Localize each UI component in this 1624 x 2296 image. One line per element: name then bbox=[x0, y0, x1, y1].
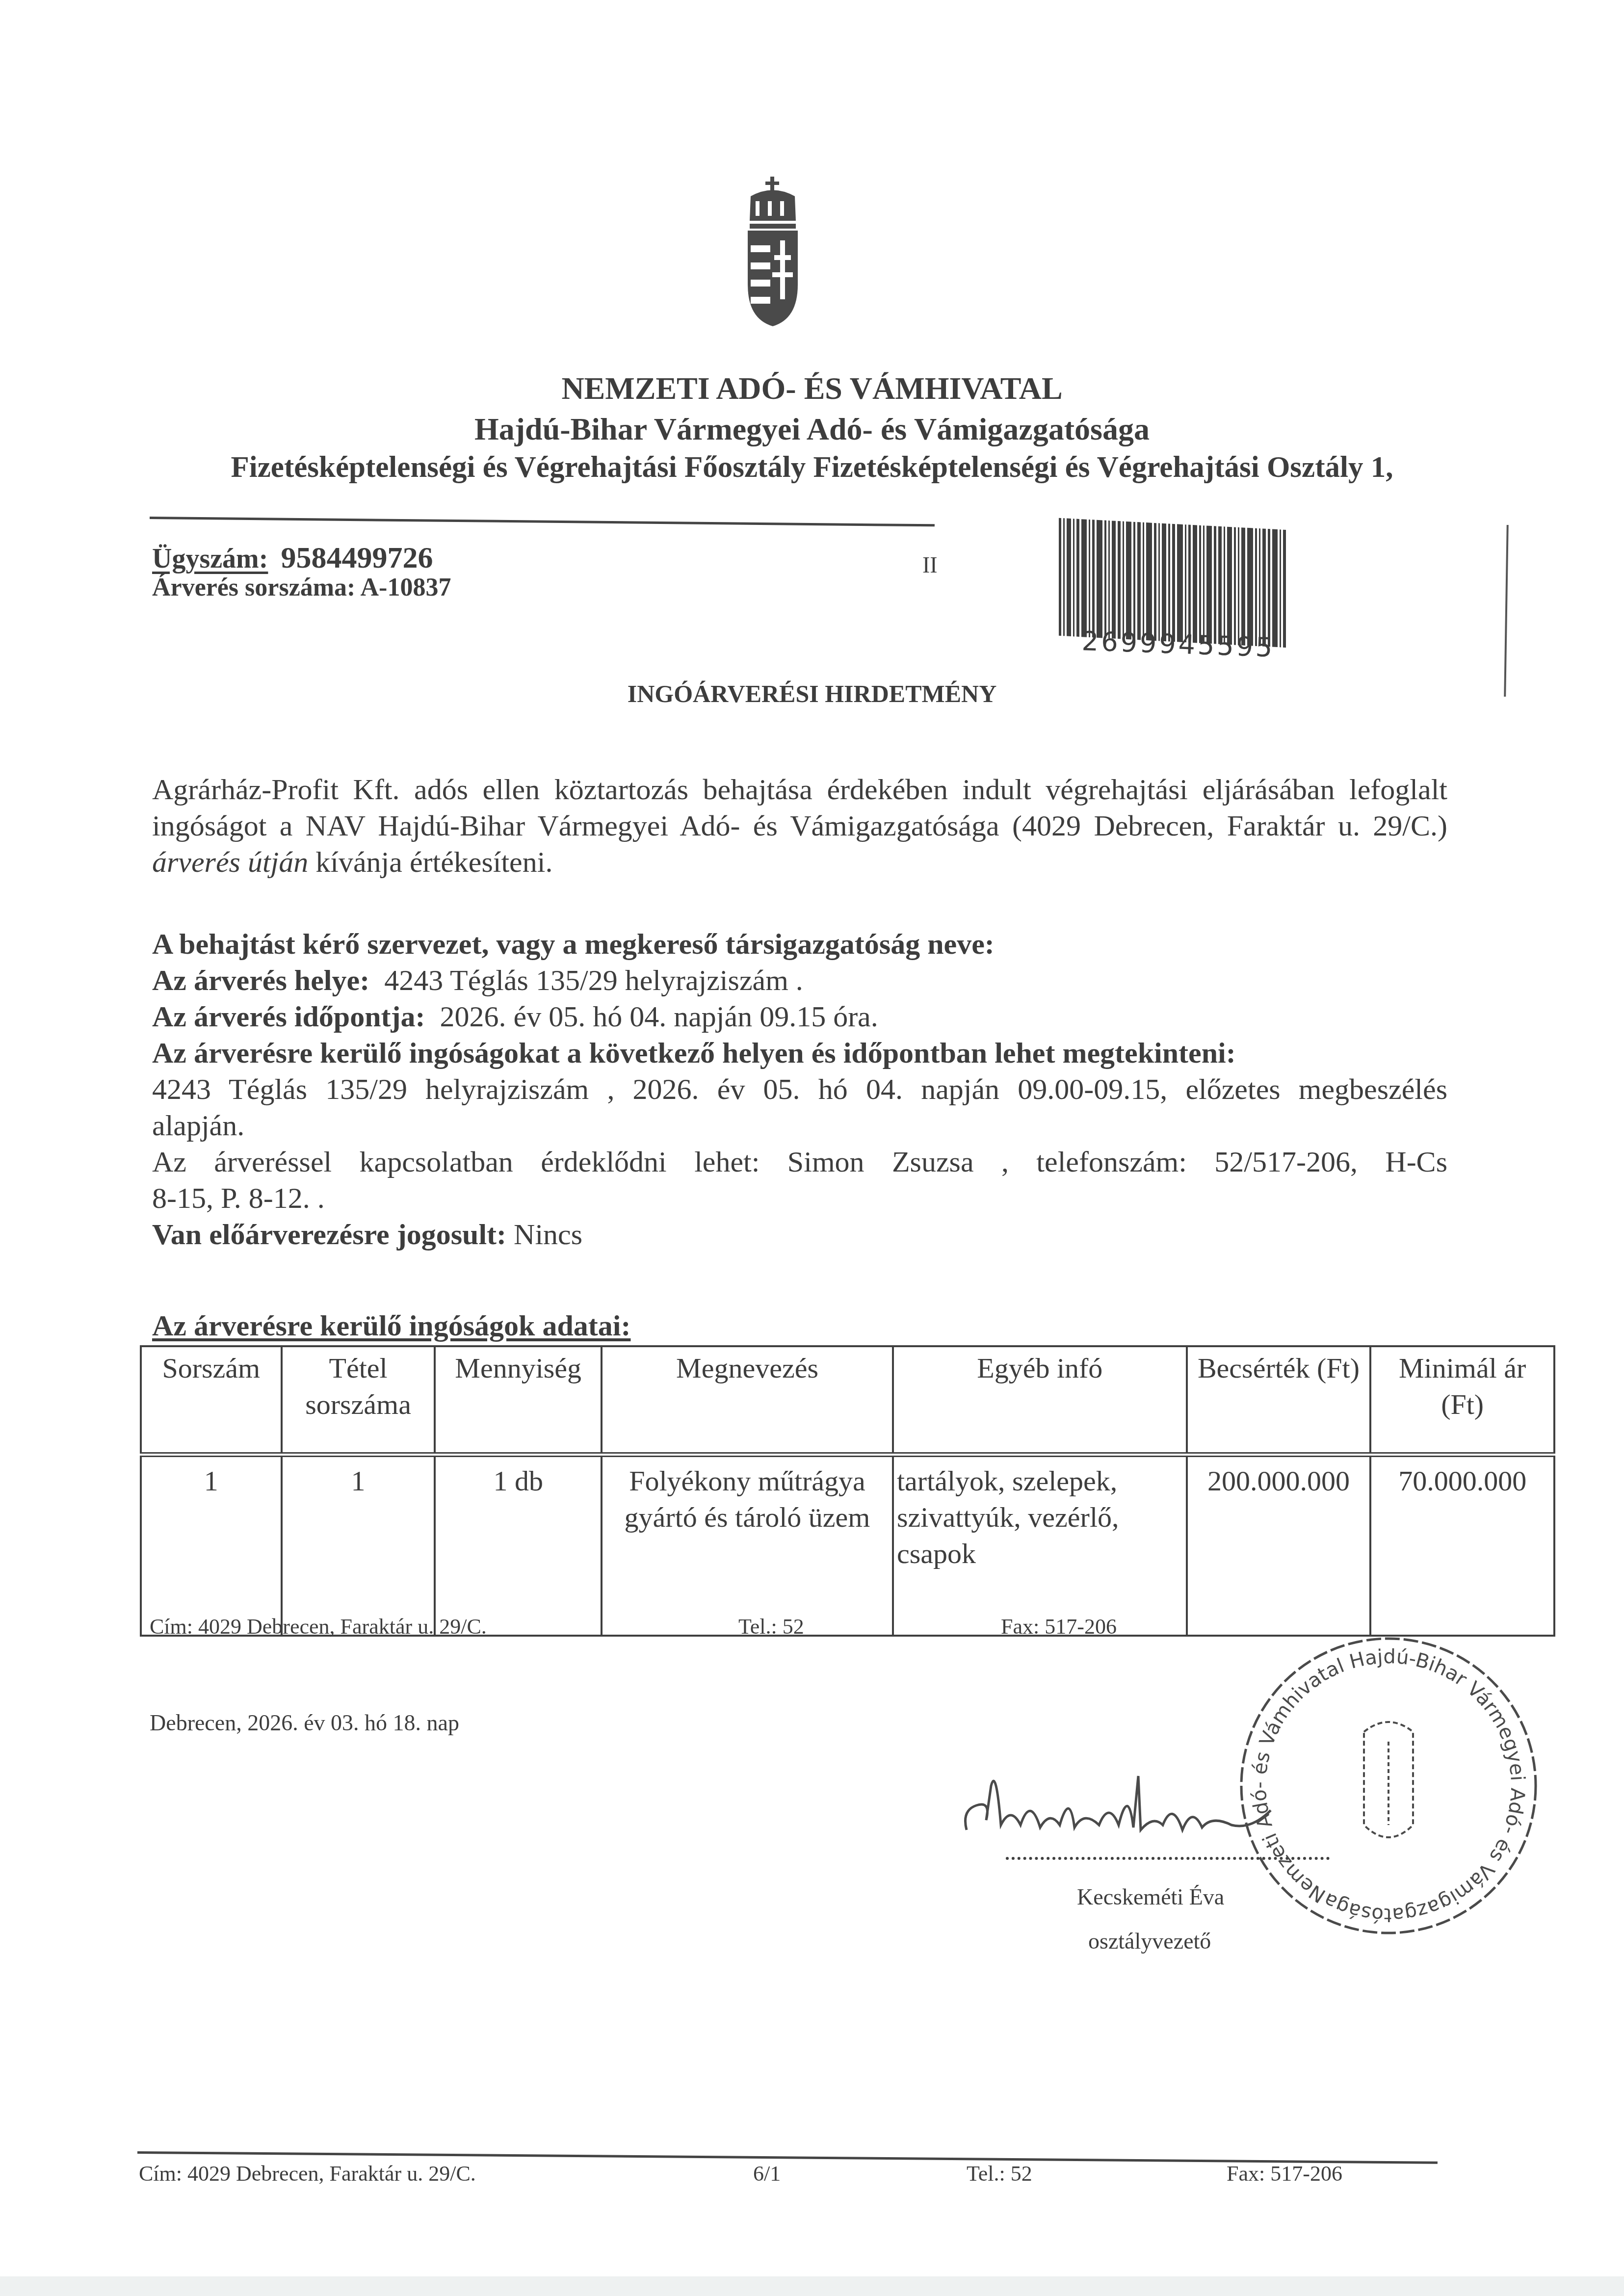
case-number-label: Ügyszám: bbox=[152, 544, 268, 574]
issue-date: Debrecen, 2026. év 03. hó 18. nap bbox=[150, 1710, 459, 1736]
viewing-line-1: 4243 Téglás 135/29 helyrajziszám , 2026.… bbox=[152, 1072, 1447, 1106]
footer-address: Cím: 4029 Debrecen, Faraktár u. 29/C. bbox=[139, 2161, 476, 2186]
auction-number-row: Árverés sorszáma: A-10837 bbox=[152, 573, 451, 602]
directorate-name: Hajdú-Bihar Vármegyei Adó- és Vámigazgat… bbox=[0, 411, 1624, 447]
preemption-row: Van előárverezésre jogosult: Nincs bbox=[152, 1218, 582, 1252]
margin-line bbox=[1504, 525, 1508, 697]
items-table-title: Az árverésre kerülő ingóságok adatai: bbox=[152, 1309, 630, 1343]
table-row: 1 1 1 db Folyékony műtrágya gyártó és tá… bbox=[141, 1455, 1554, 1636]
cell-becsertek: 200.000.000 bbox=[1187, 1455, 1371, 1636]
barcode-number: 2699945595 bbox=[1081, 626, 1276, 663]
intro-paragraph: Agrárház-Profit Kft. adós ellen köztarto… bbox=[152, 771, 1447, 880]
scan-edge bbox=[0, 2276, 1624, 2296]
intro-italic: árverés útján bbox=[152, 846, 308, 878]
items-table: Sorszám Tétel sorszáma Mennyiség Megneve… bbox=[140, 1345, 1555, 1637]
document-title: INGÓÁRVERÉSI HIRDETMÉNY bbox=[0, 679, 1624, 708]
auction-number: A-10837 bbox=[361, 574, 451, 601]
col-header-egyeb: Egyéb infó bbox=[893, 1346, 1187, 1455]
footer-fax: Fax: 517-206 bbox=[1227, 2161, 1342, 2186]
table-header-row: Sorszám Tétel sorszáma Mennyiség Megneve… bbox=[141, 1346, 1554, 1455]
signer-name: Kecskeméti Éva bbox=[1077, 1884, 1224, 1910]
contact-fax: Fax: 517-206 bbox=[1001, 1614, 1117, 1639]
auction-location-value: 4243 Téglás 135/29 helyrajziszám . bbox=[384, 964, 803, 996]
preemption-label: Van előárverezésre jogosult: bbox=[152, 1218, 506, 1251]
footer-tel: Tel.: 52 bbox=[967, 2161, 1032, 2186]
inquiry-line-1: Az árveréssel kapcsolatban érdeklődni le… bbox=[152, 1145, 1447, 1179]
inquiry-line-2: 8-15, P. 8-12. . bbox=[152, 1181, 325, 1215]
col-header-becsertek: Becsérték (Ft) bbox=[1187, 1346, 1371, 1455]
cell-tetel: 1 bbox=[282, 1455, 435, 1636]
col-header-sorszam: Sorszám bbox=[141, 1346, 282, 1455]
intro-text-end: kívánja értékesíteni. bbox=[308, 846, 552, 878]
cell-egyeb: tartályok, szelepek, szivattyúk, vezérlő… bbox=[893, 1455, 1187, 1636]
signer-role: osztályvezető bbox=[1088, 1928, 1211, 1954]
col-header-megnevezes: Megnevezés bbox=[602, 1346, 893, 1455]
col-header-tetel: Tétel sorszáma bbox=[282, 1346, 435, 1455]
coat-of-arms-icon bbox=[741, 177, 805, 329]
requester-label: A behajtást kérő szervezet, vagy a megke… bbox=[152, 927, 995, 961]
intro-text: Agrárház-Profit Kft. adós ellen köztarto… bbox=[152, 773, 1447, 842]
department-name: Fizetésképtelenségi és Végrehajtási Főos… bbox=[0, 450, 1624, 485]
case-number: 9584499726 bbox=[281, 541, 433, 574]
case-number-row: Ügyszám:9584499726 bbox=[152, 541, 433, 575]
agency-name: NEMZETI ADÓ- ÉS VÁMHIVATAL bbox=[0, 370, 1624, 407]
auction-time-label: Az árverés időpontja: bbox=[152, 1000, 425, 1033]
auction-time-value: 2026. év 05. hó 04. napján 09.15 óra. bbox=[440, 1000, 878, 1033]
auction-location-row: Az árverés helye: 4243 Téglás 135/29 hel… bbox=[152, 964, 803, 997]
cell-megnevezes: Folyékony műtrágya gyártó és tároló üzem bbox=[602, 1455, 893, 1636]
header-divider bbox=[150, 517, 935, 526]
viewing-line-2: alapján. bbox=[152, 1109, 244, 1143]
cell-sorszam: 1 bbox=[141, 1455, 282, 1636]
cell-mennyiseg: 1 db bbox=[435, 1455, 602, 1636]
cell-minimal: 70.000.000 bbox=[1370, 1455, 1554, 1636]
copy-mark: II bbox=[922, 552, 938, 578]
viewing-label: Az árverésre kerülő ingóságokat a követk… bbox=[152, 1036, 1236, 1070]
contact-address: Cím: 4029 Debrecen, Faraktár u. 29/C. bbox=[150, 1614, 487, 1639]
col-header-mennyiseg: Mennyiség bbox=[435, 1346, 602, 1455]
footer-page-number: 6/1 bbox=[753, 2161, 781, 2186]
official-stamp-icon: Nemzeti Adó- és Vámhivatal Hajdú-Bihar V… bbox=[1231, 1629, 1545, 1943]
contact-tel: Tel.: 52 bbox=[738, 1614, 804, 1639]
auction-number-label: Árverés sorszáma: bbox=[152, 574, 355, 601]
preemption-value: Nincs bbox=[514, 1218, 582, 1251]
auction-time-row: Az árverés időpontja: 2026. év 05. hó 04… bbox=[152, 1000, 878, 1034]
auction-location-label: Az árverés helye: bbox=[152, 964, 369, 996]
col-header-minimal: Minimál ár (Ft) bbox=[1370, 1346, 1554, 1455]
